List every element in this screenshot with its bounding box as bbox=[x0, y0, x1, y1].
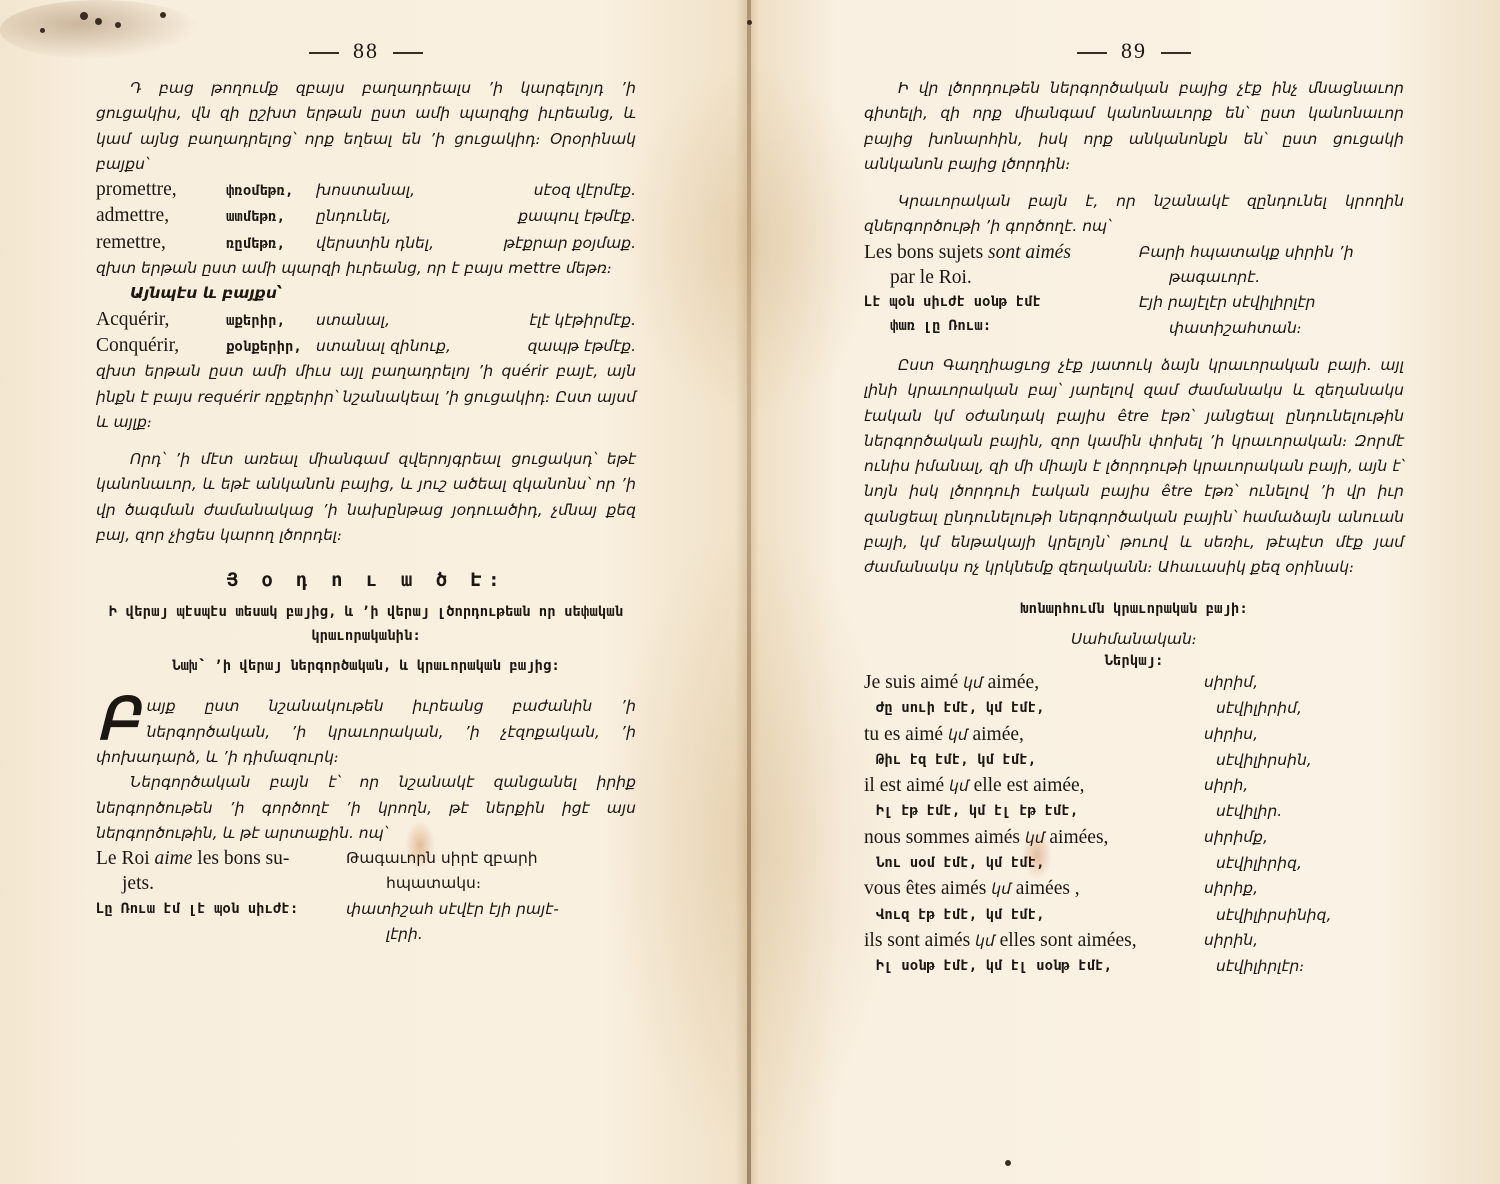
foxing-dot bbox=[160, 12, 166, 18]
paragraph: Դ բաց թողումք զբայս բաղադրեալս ՚ի կարգել… bbox=[96, 76, 636, 177]
verb-row: Acquérir,աքերիր,ստանալ,էլէ կէթիրմէք. bbox=[96, 307, 636, 333]
example-text: թագաւորէ. bbox=[1139, 265, 1404, 290]
example-text: փատիշահ սէվէր էյի րայէ- bbox=[346, 897, 636, 922]
example-turkish: փատիշահ սէվէր էյի րայէ-լէրի. bbox=[346, 897, 636, 948]
turkish-form: սէվիլիր. bbox=[1216, 799, 1404, 824]
example-block: Les bons sujets sont aiméspar le Roi. Բա… bbox=[864, 240, 1404, 291]
foxing-dot bbox=[115, 22, 121, 28]
section-subtitle: Նախ՝ ՚ի վերայ ներգործական, և կրաւորական … bbox=[96, 654, 636, 678]
transliteration: ռըմեթռ, bbox=[226, 232, 316, 256]
paragraph: Ըստ Գաղղիացւոց չէք յատուկ ձայն կրաւորակա… bbox=[864, 353, 1404, 581]
turkish-meaning: զապթ էթմէք. bbox=[481, 334, 636, 359]
french-form: elles sont aimées, bbox=[1000, 930, 1137, 951]
french-verb: Acquérir, bbox=[96, 307, 226, 332]
turkish-form: սէվիլիրիմ, bbox=[1216, 696, 1404, 721]
example-transliteration: Լը Ռուա էմ լէ պօն սիւժէ։ bbox=[96, 897, 346, 948]
conjugation-row: tu es aimé կմ aimée,սիրիս, bbox=[864, 722, 1404, 748]
example-text: փատիշահտան։ bbox=[1139, 316, 1404, 341]
example-block: Լէ պօն սիւժէ սօնթ էմէփառ լը Ռուա։ Էյի րա… bbox=[864, 290, 1404, 341]
example-french: Le Roi aime les bons su-jets. bbox=[96, 846, 346, 897]
armenian-meaning: խոստանալ, bbox=[316, 178, 481, 203]
armenian-meaning: ստանալ զինուք, bbox=[316, 334, 481, 359]
french-form: aimée, bbox=[972, 724, 1023, 745]
transliteration: Վուզ էթ էմէ, կմ էմէ, bbox=[864, 903, 1216, 928]
or-word: կմ bbox=[975, 932, 995, 950]
armenian-form: սիրիմք, bbox=[1204, 825, 1404, 851]
tense-label: Ներկայ։ bbox=[864, 652, 1404, 670]
armenian-form: սիրին, bbox=[1204, 928, 1404, 954]
paragraph: Բայք ըստ նշանակութեն իւրեանց բաժանին ՚ի … bbox=[96, 694, 636, 770]
conjugation-title: Խոնարհումն կրաւորական բայի։ bbox=[864, 597, 1404, 621]
french-form: elle est aimée, bbox=[974, 775, 1085, 796]
page-number: 89 bbox=[864, 38, 1404, 64]
armenian-meaning: վերստին դնել, bbox=[316, 231, 481, 256]
foxing-dot bbox=[40, 28, 45, 33]
example-block: Լը Ռուա էմ լէ պօն սիւժէ։ փատիշահ սէվէր է… bbox=[96, 897, 636, 948]
transliteration: փռօմեթռ, bbox=[226, 179, 316, 203]
example-block: Le Roi aime les bons su-jets. Թագաւորն ս… bbox=[96, 846, 636, 897]
conjugation-row: vous êtes aimés կմ aimées ,սիրիք, bbox=[864, 876, 1404, 902]
verb-row: Conquérir,քօնքերիր,ստանալ զինուք,զապթ էթ… bbox=[96, 333, 636, 359]
example-turkish: Էյի րայէլէր սէվիլիրլէրփատիշահտան։ bbox=[1139, 290, 1404, 341]
paragraph: Ի վր լծորդութեն ներգործական բայից չէք ին… bbox=[864, 76, 1404, 177]
turkish-form: սէվիլիրսինիզ, bbox=[1216, 903, 1404, 928]
conjugation-row: Je suis aimé կմ aimée,սիրիմ, bbox=[864, 670, 1404, 696]
armenian-form: սիրիս, bbox=[1204, 722, 1404, 748]
right-page: 89 Ի վր լծորդութեն ներգործական բայից չէք… bbox=[864, 38, 1404, 980]
conjugation-row: Ժը սուի էմէ, կմ էմէ,սէվիլիրիմ, bbox=[864, 696, 1404, 721]
french-verb: admettre, bbox=[96, 203, 226, 228]
example-armenian: Բարի հպատակք սիրին ՚իթագաւորէ. bbox=[1139, 240, 1404, 291]
example-french: Les bons sujets sont aiméspar le Roi. bbox=[864, 240, 1139, 291]
armenian-form: սիրիմ, bbox=[1204, 670, 1404, 696]
example-verb: sont aimés bbox=[988, 242, 1071, 263]
paragraph-text: այք ըստ նշանակութեն իւրեանց բաժանին ՚ի ն… bbox=[96, 697, 636, 766]
conjugation-row: il est aimé կմ elle est aimée,սիրի, bbox=[864, 773, 1404, 799]
french-form: nous sommes aimés bbox=[864, 827, 1020, 848]
example-text: Les bons sujets bbox=[864, 242, 983, 263]
example-text: փառ լը Ռուա։ bbox=[864, 314, 1139, 338]
armenian-form: սիրի, bbox=[1204, 773, 1404, 799]
conjugation-row: Իլ էթ էմէ, կմ էլ էթ էմէ,սէվիլիր. bbox=[864, 799, 1404, 824]
turkish-form: սէվիլիրիզ, bbox=[1216, 851, 1404, 876]
paragraph: Որդ՝ ՚ի մէտ առեալ միանգամ զվերոյգրեալ ցո… bbox=[96, 447, 636, 548]
subheading: Այնպէս և բայքս՝ bbox=[96, 281, 636, 306]
french-form: Je suis aimé bbox=[864, 672, 958, 693]
conjugation-row: ils sont aimés կմ elles sont aimées,սիրի… bbox=[864, 928, 1404, 954]
paragraph: Ներգործական բայն է՝ որ նշանակէ զանցանել … bbox=[96, 770, 636, 846]
foxing-dot bbox=[80, 12, 88, 20]
example-text: les bons su- bbox=[197, 848, 289, 869]
example-text: Բարի հպատակք սիրին ՚ի bbox=[1139, 240, 1404, 265]
transliteration: Իլ սօնթ էմէ, կմ էլ սօնթ էմէ, bbox=[864, 954, 1216, 979]
conjugation-row: Վուզ էթ էմէ, կմ էմէ,սէվիլիրսինիզ, bbox=[864, 903, 1404, 928]
french-verb: promettre, bbox=[96, 177, 226, 202]
french-form: ils sont aimés bbox=[864, 930, 970, 951]
verb-row: admettre,ատմեթռ,ընդունել,քապուլ էթմէք. bbox=[96, 203, 636, 229]
transliteration: աքերիր, bbox=[226, 309, 316, 333]
example-text: Le Roi bbox=[96, 848, 150, 869]
turkish-meaning: սէօզ վէրմէք. bbox=[481, 178, 636, 203]
french-form: vous êtes aimés bbox=[864, 878, 986, 899]
section-title: Յ ο դ ո ւ ա ծ Է։ bbox=[96, 568, 636, 592]
transliteration: Թիւ էզ էմէ, կմ էմէ, bbox=[864, 748, 1216, 773]
armenian-meaning: ստանալ, bbox=[316, 308, 481, 333]
armenian-form: սիրիք, bbox=[1204, 876, 1404, 902]
paragraph: զխտ երթան ըստ ամի պարզի իւրեանց, որ է բա… bbox=[96, 256, 636, 281]
transliteration: Նու սօմ էմէ, կմ էմէ, bbox=[864, 851, 1216, 876]
foxing-dot bbox=[747, 20, 752, 25]
french-form: il est aimé bbox=[864, 775, 944, 796]
paragraph: Կրաւորական բայն է, որ նշանակէ զընդունել … bbox=[864, 189, 1404, 240]
conjugation-row: Թիւ էզ էմէ, կմ էմէ,սէվիլիրսին, bbox=[864, 748, 1404, 773]
or-word: կմ bbox=[1025, 829, 1045, 847]
foxing-dot bbox=[1005, 1160, 1011, 1166]
conjugation-row: Նու սօմ էմէ, կմ էմէ,սէվիլիրիզ, bbox=[864, 851, 1404, 876]
turkish-form: սէվիլիրսին, bbox=[1216, 748, 1404, 773]
conjugation-table: Je suis aimé կմ aimée,սիրիմ, Ժը սուի էմէ… bbox=[864, 670, 1404, 980]
example-transliteration: Լէ պօն սիւժէ սօնթ էմէփառ լը Ռուա։ bbox=[864, 290, 1139, 341]
or-word: կմ bbox=[991, 880, 1011, 898]
book-spread: 88 Դ բաց թողումք զբայս բաղադրեալս ՚ի կար… bbox=[0, 0, 1500, 1184]
french-form: tu es aimé bbox=[864, 724, 943, 745]
page-number-text: 89 bbox=[1121, 38, 1147, 63]
transliteration: ատմեթռ, bbox=[226, 205, 316, 229]
foxing-dot bbox=[95, 18, 102, 25]
verb-row: promettre,փռօմեթռ,խոստանալ,սէօզ վէրմէք. bbox=[96, 177, 636, 203]
turkish-meaning: թէքրար քօյմաք. bbox=[481, 231, 636, 256]
mood-label: Սահմանական։ bbox=[864, 627, 1404, 652]
transliteration: քօնքերիր, bbox=[226, 335, 316, 359]
example-armenian: Թագաւորն սիրէ զբարիհպատակս։ bbox=[346, 846, 636, 897]
turkish-meaning: քապուլ էթմէք. bbox=[481, 204, 636, 229]
french-form: aimées , bbox=[1016, 878, 1080, 899]
example-text: լէրի. bbox=[346, 922, 636, 947]
page-number-text: 88 bbox=[353, 38, 379, 63]
transliteration: Իլ էթ էմէ, կմ էլ էթ էմէ, bbox=[864, 799, 1216, 824]
left-page: 88 Դ բաց թողումք զբայս բաղադրեալս ՚ի կար… bbox=[96, 38, 636, 947]
example-verb: aime bbox=[155, 848, 193, 869]
page-number: 88 bbox=[96, 38, 636, 64]
example-text: հպատակս։ bbox=[346, 871, 636, 896]
conjugation-row: nous sommes aimés կմ aimées,սիրիմք, bbox=[864, 825, 1404, 851]
or-word: կմ bbox=[949, 777, 969, 795]
french-verb: remettre, bbox=[96, 230, 226, 255]
example-text: Լէ պօն սիւժէ սօնթ էմէ bbox=[864, 290, 1139, 314]
or-word: կմ bbox=[948, 726, 968, 744]
transliteration: Ժը սուի էմէ, կմ էմէ, bbox=[864, 696, 1216, 721]
example-text: jets. bbox=[96, 871, 346, 896]
example-text: Թագաւորն սիրէ զբարի bbox=[346, 846, 636, 871]
armenian-meaning: ընդունել, bbox=[316, 204, 481, 229]
french-verb: Conquérir, bbox=[96, 333, 226, 358]
or-word: կմ bbox=[963, 674, 983, 692]
turkish-meaning: էլէ կէթիրմէք. bbox=[481, 308, 636, 333]
conjugation-row: Իլ սօնթ էմէ, կմ էլ սօնթ էմէ,սէվիլիրլէր։ bbox=[864, 954, 1404, 979]
french-form: aimées, bbox=[1049, 827, 1108, 848]
drop-cap: Բ bbox=[96, 696, 138, 744]
example-text: par le Roi. bbox=[864, 265, 1139, 290]
book-gutter bbox=[747, 0, 751, 1184]
french-form: aimée, bbox=[988, 672, 1039, 693]
example-text: Էյի րայէլէր սէվիլիրլէր bbox=[1139, 290, 1404, 315]
section-subtitle: Ի վերայ պէսպէս տեսակ բայից, և ՚ի վերայ լ… bbox=[96, 600, 636, 648]
turkish-form: սէվիլիրլէր։ bbox=[1216, 954, 1404, 979]
verb-row: remettre,ռըմեթռ,վերստին դնել,թէքրար քօյմ… bbox=[96, 230, 636, 256]
paragraph: զխտ երթան ըստ ամի միւս այլ բաղադրելոյ ՚ի… bbox=[96, 359, 636, 435]
